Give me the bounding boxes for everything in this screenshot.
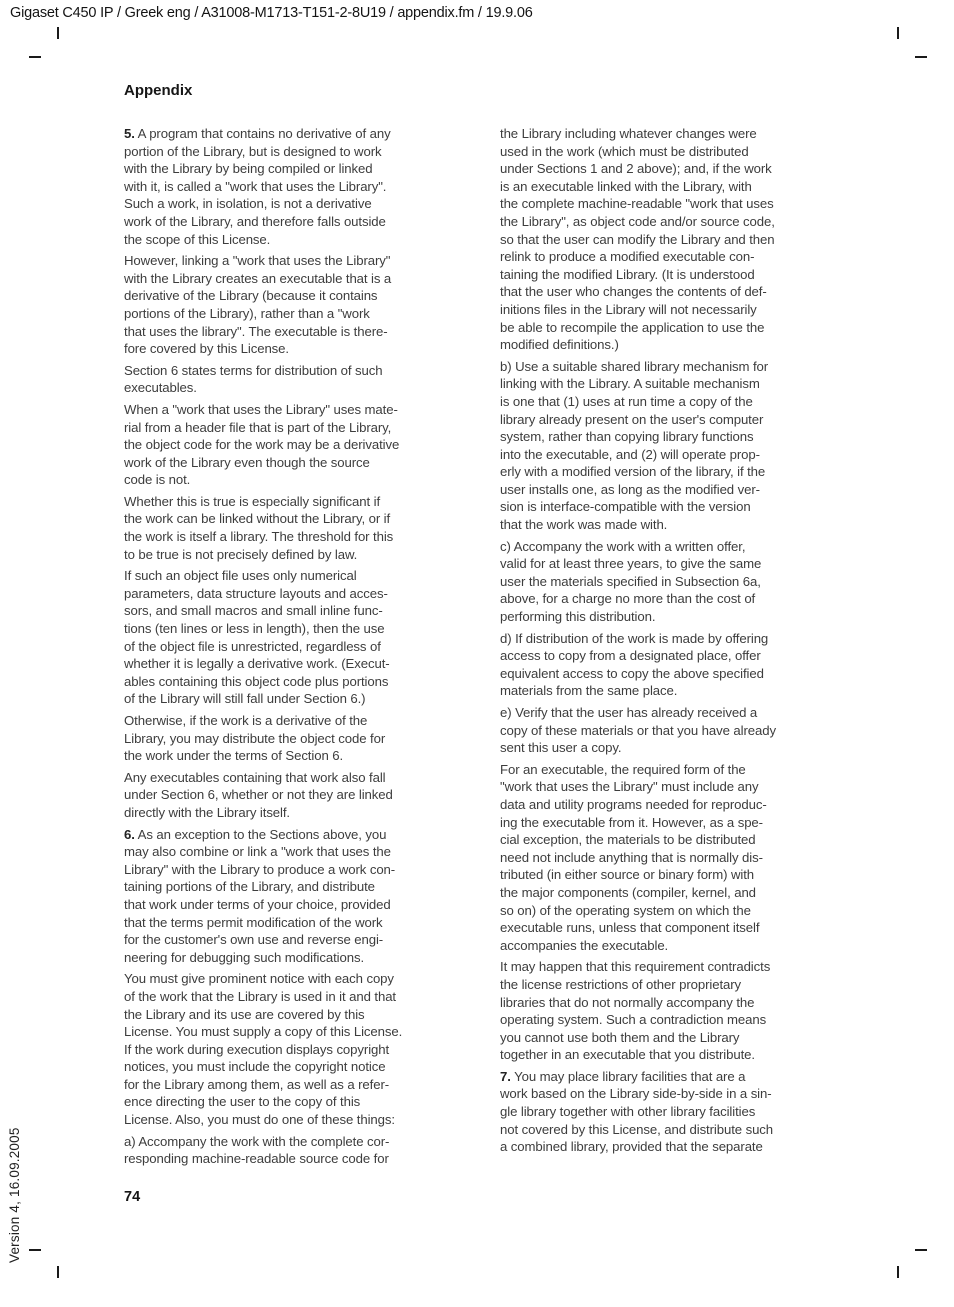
paragraph-text: e) Verify that the user has already rece… <box>500 705 776 755</box>
paragraph-text: For an executable, the required form of … <box>500 762 767 953</box>
paragraph-text: As an exception to the Sections above, y… <box>124 827 395 965</box>
paragraph: For an executable, the required form of … <box>500 761 834 955</box>
paragraph-text: the Library including whatever changes w… <box>500 126 775 352</box>
paragraph: 5. A program that contains no derivative… <box>124 125 458 248</box>
paragraph: You must give prominent notice with each… <box>124 970 458 1128</box>
paragraph-text: Whether this is true is especially signi… <box>124 494 393 562</box>
paragraph: c) Accompany the work with a written off… <box>500 538 834 626</box>
paragraph: a) Accompany the work with the complete … <box>124 1133 458 1168</box>
page-title: Appendix <box>124 82 192 99</box>
paragraph: 7. You may place library facilities that… <box>500 1068 834 1156</box>
paragraph: If such an object file uses only numeric… <box>124 567 458 708</box>
crop-mark-bottom-left-vertical <box>57 1266 59 1278</box>
paragraph: the Library including whatever changes w… <box>500 125 834 354</box>
paragraph: It may happen that this requirement cont… <box>500 958 834 1064</box>
paragraph-text: c) Accompany the work with a written off… <box>500 539 761 624</box>
crop-mark-bottom-left-horizontal <box>29 1249 41 1251</box>
paragraph-text: a) Accompany the work with the complete … <box>124 1134 389 1167</box>
crop-mark-top-right-vertical <box>897 27 899 39</box>
paragraph-text: It may happen that this requirement cont… <box>500 959 770 1062</box>
paragraph-text: Any executables containing that work als… <box>124 770 393 820</box>
paragraph-text: A program that contains no derivative of… <box>124 126 391 247</box>
paragraph: When a "work that uses the Library" uses… <box>124 401 458 489</box>
crop-mark-top-left-vertical <box>57 27 59 39</box>
paragraph: d) If distribution of the work is made b… <box>500 630 834 700</box>
paragraph: Any executables containing that work als… <box>124 769 458 822</box>
document-info-header: Gigaset C450 IP / Greek eng / A31008-M17… <box>10 5 533 21</box>
paragraph: Otherwise, if the work is a derivative o… <box>124 712 458 765</box>
paragraph-text: Otherwise, if the work is a derivative o… <box>124 713 385 763</box>
crop-mark-top-left-horizontal <box>29 56 41 58</box>
paragraph: However, linking a "work that uses the L… <box>124 252 458 358</box>
crop-mark-bottom-right-horizontal <box>915 1249 927 1251</box>
version-sidebar-note: Version 4, 16.09.2005 <box>7 1127 22 1263</box>
paragraph-text: d) If distribution of the work is made b… <box>500 631 768 699</box>
paragraph-text: However, linking a "work that uses the L… <box>124 253 391 356</box>
paragraph-text: When a "work that uses the Library" uses… <box>124 402 399 487</box>
left-column: 5. A program that contains no derivative… <box>124 125 458 1172</box>
crop-mark-top-right-horizontal <box>915 56 927 58</box>
paragraph: 6. As an exception to the Sections above… <box>124 826 458 967</box>
crop-mark-bottom-right-vertical <box>897 1266 899 1278</box>
paragraph-text: You may place library facilities that ar… <box>500 1069 773 1154</box>
paragraph: Whether this is true is especially signi… <box>124 493 458 563</box>
page-number: 74 <box>124 1189 140 1205</box>
paragraph-text: Section 6 states terms for distribution … <box>124 363 382 396</box>
paragraph-text: If such an object file uses only numeric… <box>124 568 390 706</box>
right-column: the Library including whatever changes w… <box>500 125 834 1172</box>
paragraph-number: 6. <box>124 827 135 842</box>
paragraph: b) Use a suitable shared library mechani… <box>500 358 834 534</box>
paragraph-text: You must give prominent notice with each… <box>124 971 402 1127</box>
license-text-columns: 5. A program that contains no derivative… <box>124 125 834 1172</box>
paragraph: Section 6 states terms for distribution … <box>124 362 458 397</box>
paragraph-number: 7. <box>500 1069 511 1084</box>
paragraph: e) Verify that the user has already rece… <box>500 704 834 757</box>
paragraph-text: b) Use a suitable shared library mechani… <box>500 359 768 532</box>
paragraph-number: 5. <box>124 126 135 141</box>
